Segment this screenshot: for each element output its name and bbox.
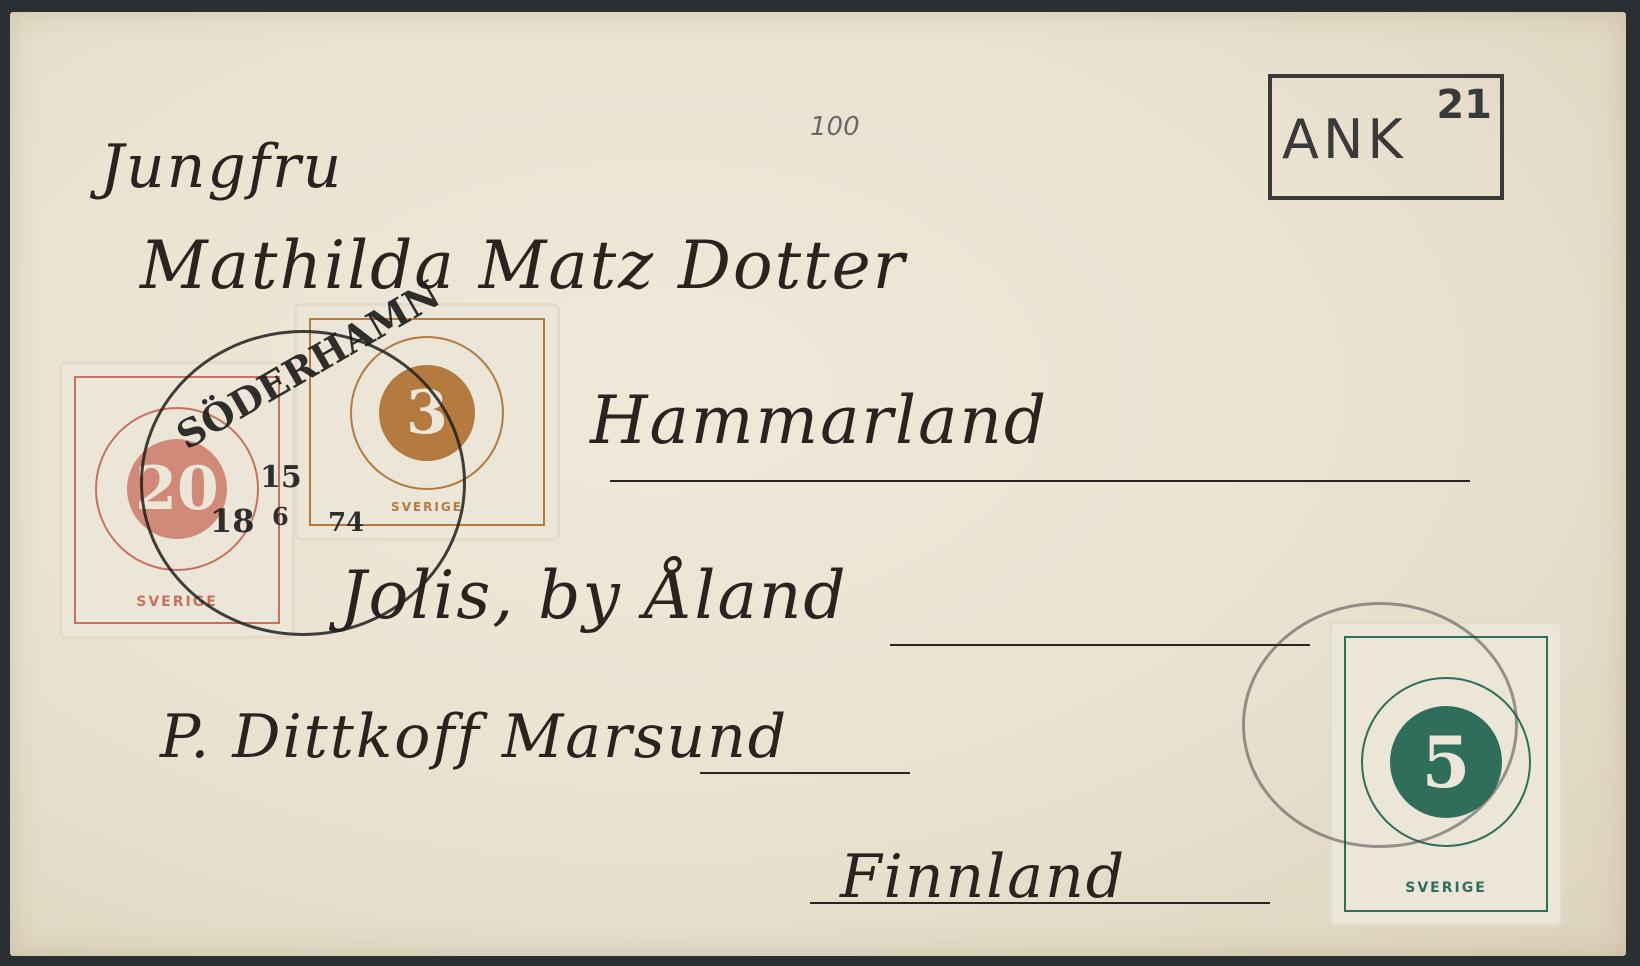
address-line-5: P. Dittkoff Marsund [160,702,788,772]
address-line-1: Jungfru [100,132,343,202]
postmark-circle-2 [1242,602,1518,848]
address-line-3: Hammarland [590,382,1048,459]
postmark-day: 15 [260,460,302,495]
arrival-stamp-number: 21 [1436,82,1492,128]
postmark-year-b: 74 [328,508,364,538]
arrival-stamp-text: ANK [1282,108,1407,171]
underline [610,480,1470,482]
postmark-month: 6 [272,502,289,531]
underline [700,772,910,774]
underline [810,902,1270,904]
address-line-2: Mathilda Matz Dotter [140,227,906,304]
envelope: 100 ANK 21 Jungfru Mathilda Matz Dotter … [10,12,1626,956]
stamp-country: SVERIGE [1332,880,1560,896]
underline [890,644,1310,646]
pencil-note: 100 [810,112,860,142]
arrival-box-stamp: ANK 21 [1268,74,1504,200]
postmark-year-a: 18 [210,502,255,540]
